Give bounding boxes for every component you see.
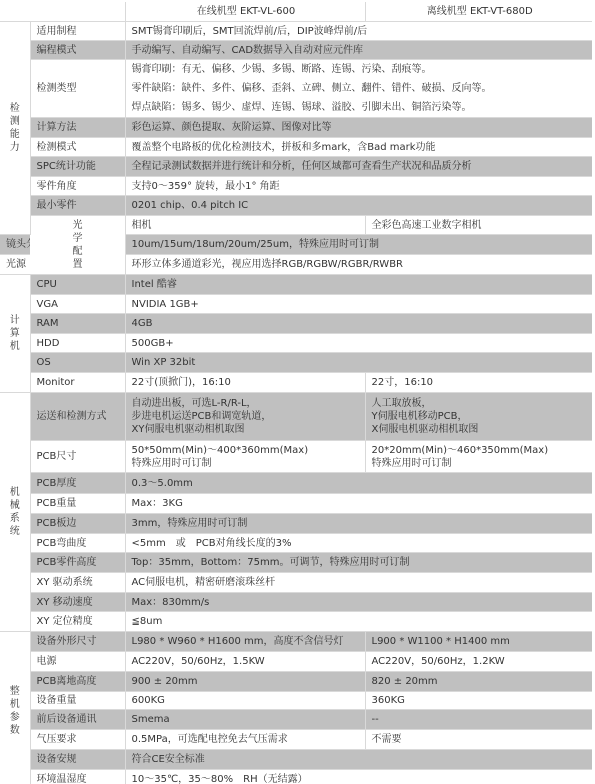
value-cpu: Intel 酷睿 (125, 275, 592, 295)
row-air: 气压要求 0.5MPa，可选配电控免去气压需求 不需要 (0, 730, 592, 750)
label-hdd: HDD (30, 334, 125, 353)
group-optics: 光学配置 (30, 216, 125, 275)
label-dimensions: 设备外形尺寸 (30, 632, 125, 652)
value-angle: 支持0～359° 旋转，最小1° 角距 (125, 177, 592, 196)
transport-offline-line: 人工取放板， (372, 397, 589, 410)
value-transport-offline: 人工取放板， Y伺服电机移动PCB， X伺服电机驱动相机取图 (365, 393, 592, 441)
label-pcb-weight: PCB重量 (30, 494, 125, 514)
value-xy-drive: AC伺服电机，精密研磨滚珠丝杆 (125, 573, 592, 593)
header-blank (0, 2, 125, 22)
row-spc: SPC统计功能 全程记录测试数据并进行统计和分析，任何区域都可查看生产状况和品质… (0, 157, 592, 177)
row-dimensions: 整机参数 设备外形尺寸 L980 * W960 * H1600 mm，高度不含信… (0, 632, 592, 652)
row-xy-drive: XY 驱动系统 AC伺服电机，精密研磨滚珠丝杆 (0, 573, 592, 593)
label-pcb-clearance: PCB离地高度 (30, 672, 125, 692)
label-programming: 编程模式 (30, 41, 125, 60)
value-mode: 覆盖整个电路板的优化检测技术，拼板和多mark，含Bad mark功能 (125, 138, 592, 157)
header-row: 在线机型 EKT-VL-600 离线机型 EKT-VT-680D (0, 2, 592, 22)
value-calc: 彩色运算、颜色提取、灰阶运算、图像对比等 (125, 118, 592, 138)
value-transport-online: 自动进出板，可选L-R/R-L， 步进电机运送PCB和调宽轨道， XY伺服电机驱… (125, 393, 365, 441)
value-safety: 符合CE安全标准 (125, 750, 592, 770)
row-programming: 编程模式 手动编写、自动编写、CAD数据导入自动对应元件库 (0, 41, 592, 60)
row-weight: 设备重量 600KG 360KG (0, 692, 592, 710)
label-xy-accuracy: XY 定位精度 (30, 612, 125, 632)
offline-model-header: 离线机型 EKT-VT-680D (365, 2, 592, 22)
inspection-line: 焊点缺陷：锡多、锡少、虚焊、连锡、锡球、溢胶、引脚未出、铜箔污染等。 (132, 98, 589, 117)
value-light: 环形立体多通道彩光，视应用选择RGB/RGBW/RGBR/RWBR (125, 255, 592, 275)
label-light: 光源 (0, 255, 30, 275)
group-detection: 检测能力 (0, 22, 30, 235)
inspection-line: 零件缺陷：缺件、多件、偏移、歪斜、立碑、侧立、翻件、错件、破损、反向等。 (132, 79, 589, 98)
label-pcb-thickness: PCB厚度 (30, 473, 125, 494)
label-xy-speed: XY 移动速度 (30, 593, 125, 612)
value-pcb-weight: Max：3KG (125, 494, 592, 514)
transport-online-line: 自动进出板，可选L-R/R-L， (132, 397, 361, 410)
label-env: 环境温湿度 (30, 770, 125, 784)
value-dimensions-online: L980 * W960 * H1600 mm，高度不含信号灯 (125, 632, 365, 652)
label-safety: 设备安规 (30, 750, 125, 770)
label-mode: 检测模式 (30, 138, 125, 157)
value-pcb-clearance-offline: 820 ± 20mm (365, 672, 592, 692)
value-process: SMT锡膏印刷后，SMT回流焊前/后，DIP波峰焊前/后 (125, 22, 592, 41)
row-pcb-warp: PCB弯曲度 <5mm 或 PCB对角线长度的3% (0, 534, 592, 553)
value-pcb-edge: 3mm，特殊应用时可订制 (125, 514, 592, 534)
label-ram: RAM (30, 314, 125, 334)
group-computer: 计算机 (0, 275, 30, 393)
transport-offline-line: X伺服电机驱动相机取图 (372, 423, 589, 436)
value-power-online: AC220V，50/60Hz，1.5KW (125, 652, 365, 672)
value-os: Win XP 32bit (125, 353, 592, 373)
label-transport: 运送和检测方式 (30, 393, 125, 441)
pcb-size-offline-line: 20*20mm(Min)～460*350mm(Max) (372, 444, 589, 457)
label-calc: 计算方法 (30, 118, 125, 138)
row-env: 环境温湿度 10～35℃，35～80% RH（无结露） (0, 770, 592, 784)
label-pcb-warp: PCB弯曲度 (30, 534, 125, 553)
label-power: 电源 (30, 652, 125, 672)
row-pcb-edge: PCB板边 3mm，特殊应用时可订制 (0, 514, 592, 534)
label-inspection-type: 检测类型 (30, 60, 125, 118)
value-inspection-type: 锡膏印刷：有无、偏移、少锡、多锡、断路、连锡、污染、刮痕等。 零件缺陷：缺件、多… (125, 60, 592, 118)
label-spc: SPC统计功能 (30, 157, 125, 177)
value-spc: 全程记录测试数据并进行统计和分析，任何区域都可查看生产状况和品质分析 (125, 157, 592, 177)
row-min-part: 最小零件 0201 chip、0.4 pitch IC (0, 196, 592, 216)
inspection-line: 锡膏印刷：有无、偏移、少锡、多锡、断路、连锡、污染、刮痕等。 (132, 60, 589, 79)
label-min-part: 最小零件 (30, 196, 125, 216)
value-comm-offline: -- (365, 710, 592, 730)
transport-online-line: XY伺服电机驱动相机取图 (132, 423, 361, 436)
row-cpu: 计算机 CPU Intel 酷睿 (0, 275, 592, 295)
label-resolution: 镜头分辨率 (0, 235, 30, 255)
value-camera: 全彩色高速工业数字相机 (365, 216, 592, 235)
row-comm: 前后设备通讯 Smema -- (0, 710, 592, 730)
value-programming: 手动编写、自动编写、CAD数据导入自动对应元件库 (125, 41, 592, 60)
spec-sheet: 在线机型 EKT-VL-600 离线机型 EKT-VT-680D 检测能力 适用… (0, 0, 595, 784)
pcb-size-offline-line: 特殊应用时可订制 (372, 457, 589, 470)
row-os: OS Win XP 32bit (0, 353, 592, 373)
label-camera: 相机 (125, 216, 365, 235)
value-comm-online: Smema (125, 710, 365, 730)
row-inspection-type: 检测类型 锡膏印刷：有无、偏移、少锡、多锡、断路、连锡、污染、刮痕等。 零件缺陷… (0, 60, 592, 118)
row-pcb-clearance: PCB离地高度 900 ± 20mm 820 ± 20mm (0, 672, 592, 692)
row-pcb-size: PCB尺寸 50*50mm(Min)～400*360mm(Max) 特殊应用时可… (0, 441, 592, 473)
row-calc: 计算方法 彩色运算、颜色提取、灰阶运算、图像对比等 (0, 118, 592, 138)
online-model-header: 在线机型 EKT-VL-600 (125, 2, 365, 22)
label-vga: VGA (30, 295, 125, 314)
spec-table: 在线机型 EKT-VL-600 离线机型 EKT-VT-680D 检测能力 适用… (0, 2, 592, 784)
value-weight-offline: 360KG (365, 692, 592, 710)
row-xy-speed: XY 移动速度 Max：830mm/s (0, 593, 592, 612)
label-angle: 零件角度 (30, 177, 125, 196)
row-safety: 设备安规 符合CE安全标准 (0, 750, 592, 770)
pcb-size-online-line: 特殊应用时可订制 (132, 457, 361, 470)
row-angle: 零件角度 支持0～359° 旋转，最小1° 角距 (0, 177, 592, 196)
label-air: 气压要求 (30, 730, 125, 750)
row-power: 电源 AC220V，50/60Hz，1.5KW AC220V，50/60Hz，1… (0, 652, 592, 672)
value-dimensions-offline: L900 * W1100 * H1400 mm (365, 632, 592, 652)
value-pcb-clearance-online: 900 ± 20mm (125, 672, 365, 692)
label-comm: 前后设备通讯 (30, 710, 125, 730)
row-vga: VGA NVIDIA 1GB+ (0, 295, 592, 314)
row-ram: RAM 4GB (0, 314, 592, 334)
value-pcb-size-online: 50*50mm(Min)～400*360mm(Max) 特殊应用时可订制 (125, 441, 365, 473)
label-weight: 设备重量 (30, 692, 125, 710)
label-os: OS (30, 353, 125, 373)
label-xy-drive: XY 驱动系统 (30, 573, 125, 593)
value-xy-accuracy: ≦8um (125, 612, 592, 632)
value-air-online: 0.5MPa，可选配电控免去气压需求 (125, 730, 365, 750)
value-min-part: 0201 chip、0.4 pitch IC (125, 196, 592, 216)
label-monitor: Monitor (30, 373, 125, 393)
row-pcb-weight: PCB重量 Max：3KG (0, 494, 592, 514)
value-weight-online: 600KG (125, 692, 365, 710)
value-vga: NVIDIA 1GB+ (125, 295, 592, 314)
value-monitor-offline: 22寸，16:10 (365, 373, 592, 393)
row-xy-accuracy: XY 定位精度 ≦8um (0, 612, 592, 632)
group-machine: 整机参数 (0, 632, 30, 784)
row-mode: 检测模式 覆盖整个电路板的优化检测技术，拼板和多mark，含Bad mark功能 (0, 138, 592, 157)
value-xy-speed: Max：830mm/s (125, 593, 592, 612)
label-cpu: CPU (30, 275, 125, 295)
label-process: 适用制程 (30, 22, 125, 41)
row-pcb-thickness: PCB厚度 0.3～5.0mm (0, 473, 592, 494)
pcb-size-online-line: 50*50mm(Min)～400*360mm(Max) (132, 444, 361, 457)
row-monitor: Monitor 22寸(顶掀门)，16:10 22寸，16:10 (0, 373, 592, 393)
value-env: 10～35℃，35～80% RH（无结露） (125, 770, 592, 784)
value-pcb-thickness: 0.3～5.0mm (125, 473, 592, 494)
row-pcb-height: PCB零件高度 Top：35mm，Bottom：75mm。可调节，特殊应用时可订… (0, 553, 592, 573)
transport-offline-line: Y伺服电机移动PCB， (372, 410, 589, 423)
row-process: 检测能力 适用制程 SMT锡膏印刷后，SMT回流焊前/后，DIP波峰焊前/后 (0, 22, 592, 41)
value-pcb-size-offline: 20*20mm(Min)～460*350mm(Max) 特殊应用时可订制 (365, 441, 592, 473)
value-ram: 4GB (125, 314, 592, 334)
row-hdd: HDD 500GB+ (0, 334, 592, 353)
value-pcb-warp: <5mm 或 PCB对角线长度的3% (125, 534, 592, 553)
row-camera: 光学配置 相机 全彩色高速工业数字相机 (0, 216, 592, 235)
value-power-offline: AC220V，50/60Hz，1.2KW (365, 652, 592, 672)
value-monitor-online: 22寸(顶掀门)，16:10 (125, 373, 365, 393)
label-pcb-size: PCB尺寸 (30, 441, 125, 473)
label-pcb-height: PCB零件高度 (30, 553, 125, 573)
group-mechanical: 机械系统 (0, 393, 30, 632)
label-pcb-edge: PCB板边 (30, 514, 125, 534)
value-air-offline: 不需要 (365, 730, 592, 750)
value-resolution: 10um/15um/18um/20um/25um，特殊应用时可订制 (125, 235, 592, 255)
value-pcb-height: Top：35mm，Bottom：75mm。可调节，特殊应用时可订制 (125, 553, 592, 573)
value-hdd: 500GB+ (125, 334, 592, 353)
transport-online-line: 步进电机运送PCB和调宽轨道， (132, 410, 361, 423)
row-transport: 机械系统 运送和检测方式 自动进出板，可选L-R/R-L， 步进电机运送PCB和… (0, 393, 592, 441)
